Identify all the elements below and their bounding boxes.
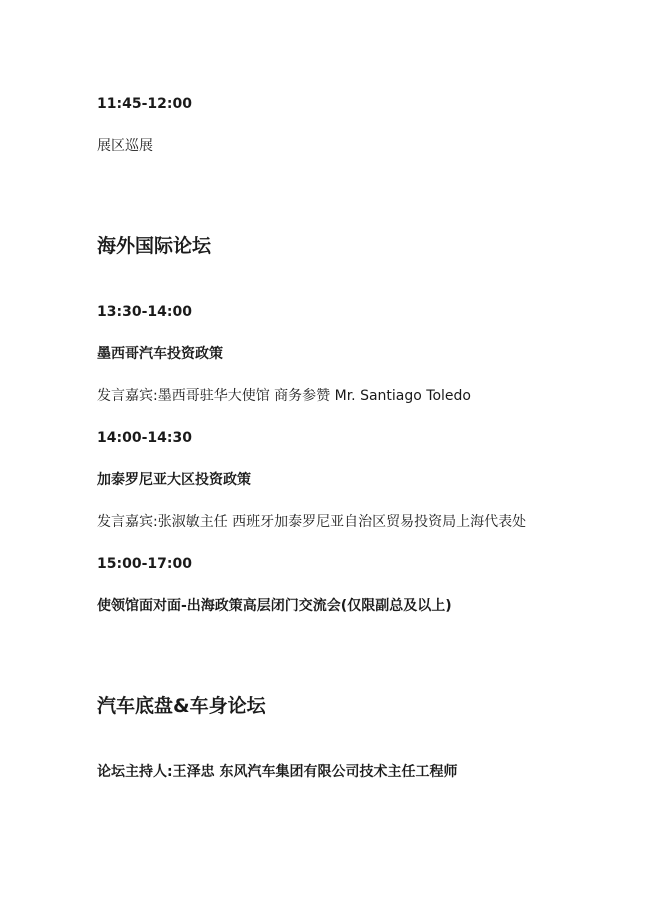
session-title: 墨西哥汽车投资政策	[97, 344, 555, 365]
speaker-line: 发言嘉宾:张淑敏主任 西班牙加泰罗尼亚自治区贸易投资局上海代表处	[97, 512, 555, 533]
speaker-line: 发言嘉宾:墨西哥驻华大使馆 商务参赞 Mr. Santiago Toledo	[97, 386, 555, 407]
session-time: 11:45-12:00	[97, 94, 555, 115]
section-heading-overseas-forum: 海外国际论坛	[97, 232, 555, 260]
session-title: 使领馆面对面-出海政策高层闭门交流会(仅限副总及以上)	[97, 596, 555, 617]
section-heading-chassis-forum: 汽车底盘&车身论坛	[97, 692, 555, 720]
agenda-document: 11:45-12:00 展区巡展 海外国际论坛 13:30-14:00 墨西哥汽…	[0, 0, 650, 919]
session-time: 13:30-14:00	[97, 302, 555, 323]
session-title: 展区巡展	[97, 136, 555, 157]
session-time: 15:00-17:00	[97, 554, 555, 575]
session-time: 14:00-14:30	[97, 428, 555, 449]
session-title: 加泰罗尼亚大区投资政策	[97, 470, 555, 491]
moderator-line: 论坛主持人:王泽忠 东风汽车集团有限公司技术主任工程师	[97, 762, 555, 783]
